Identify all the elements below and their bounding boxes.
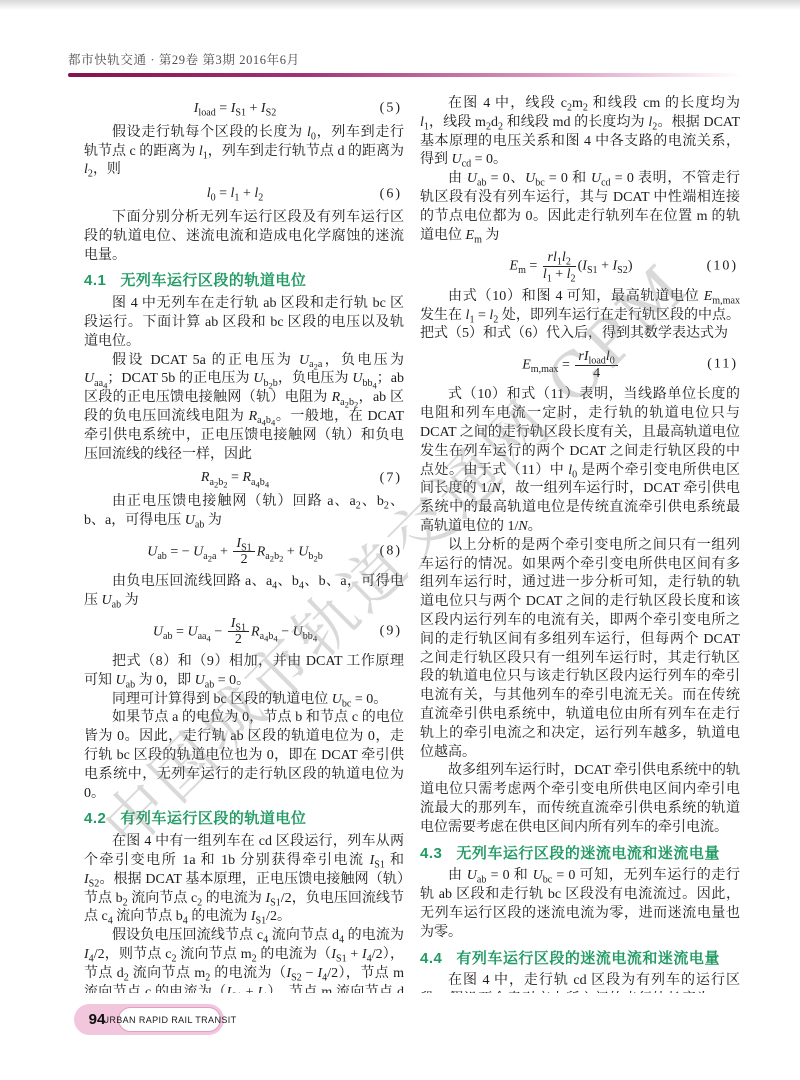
formula-number: (10) (707, 257, 738, 276)
footer-badge: 94 URBAN RAPID RAIL TRANSIT (74, 1004, 224, 1035)
section-heading-4-1: 4.1无列车运行区段的轨道电位 (84, 272, 404, 291)
formula-9: Uab = Uaa4 − IS12Ra4b4 − Ubb4(9) (84, 614, 404, 650)
paragraph: 由 Uab = 0、Ubc = 0 和 Ucd = 0 表明，不管走行轨区段有没… (420, 170, 740, 245)
paragraph: 假设 DCAT 5a 的正电压为 Ua2a，负电压为 Uaa4；DCAT 5b … (84, 352, 404, 465)
running-head: 都市快轨交通 · 第29卷 第3期 2016年6月 (68, 50, 300, 68)
formula-number: (6) (380, 185, 402, 204)
formula-number: (11) (707, 356, 738, 375)
formula-11: Em,max = rIloadl04(11) (420, 347, 740, 383)
journal-page: 都市快轨交通 · 第29卷 第3期 2016年6月 Iload = IS1 + … (0, 0, 800, 1080)
section-heading-4-4: 4.4有列车运行区段的迷流电流和迷流电量 (420, 950, 740, 969)
paragraph: 在图 4 中，走行轨 cd 区段为有列车的运行区段。假设两个牵引变电所之间的走行… (420, 972, 740, 993)
section-title: 无列车运行区段的迷流电流和迷流电量 (456, 845, 720, 864)
right-column: 在图 4 中，线段 c2m2 和线段 cm 的长度均为 l1，线段 m2d2 和… (420, 95, 740, 993)
paragraph: 在图 4 中有一组列车在 cd 区段运行，列车从两个牵引变电所 1a 和 1b … (84, 833, 404, 927)
two-column-body: Iload = IS1 + IS2(5) 假设走行轨每个区段的长度为 l0，列车… (84, 95, 740, 993)
paragraph: 把式（8）和（9）相加，并由 DCAT 工作原理可知 Uab 为 0，即 Uab… (84, 653, 404, 691)
formula-10: Em = rl1l2l1 + l2(IS1 + IS2)(10) (420, 248, 740, 284)
left-column: Iload = IS1 + IS2(5) 假设走行轨每个区段的长度为 l0，列车… (84, 95, 404, 993)
formula-body: l0 = l1 + l2 (207, 183, 282, 206)
formula-5: Iload = IS1 + IS2(5) (84, 98, 404, 121)
formula-body: Iload = IS1 + IS2 (194, 98, 295, 121)
section-title: 有列车运行区段的迷流电流和迷流电量 (456, 950, 720, 969)
section-number: 4.4 (420, 950, 442, 969)
formula-body: Em = rl1l2l1 + l2(IS1 + IS2) (510, 248, 651, 284)
formula-body: Em,max = rIloadl04 (522, 347, 638, 383)
formula-7: Ra2b2 = Ra4b4(7) (84, 467, 404, 490)
paragraph: 由式（10）和图 4 可知，最高轨道电位 Em,max 发生在 l1 = l2 … (420, 288, 740, 344)
section-title: 无列车运行区段的轨道电位 (120, 272, 306, 291)
formula-6: l0 = l1 + l2(6) (84, 183, 404, 206)
paragraph: 故多组列车运行时，DCAT 牵引供电系统中的轨道电位只需考虑两个牵引变电所供电区… (420, 762, 740, 837)
section-heading-4-2: 4.2有列车运行区段的轨道电位 (84, 810, 404, 829)
paragraph: 假设走行轨每个区段的长度为 l0，列车到走行轨节点 c 的距离为 l1，列车到走… (84, 124, 404, 180)
paragraph: 图 4 中无列车在走行轨 ab 区段和走行轨 bc 区段运行。下面计算 ab 区… (84, 295, 404, 351)
paragraph: 由 Uab = 0 和 Ubc = 0 可知，无列车运行的走行轨 ab 区段和走… (420, 867, 740, 942)
formula-8: Uab = − Ua2a + IS12Ra2b2 + Ub2b(8) (84, 534, 404, 570)
paragraph: 由负电压回流线回路 a、a4、b4、b、a，可得电压 Uab 为 (84, 573, 404, 611)
section-number: 4.2 (84, 810, 106, 829)
paragraph: 假设负电压回流线节点 c4 流向节点 d4 的电流为 I4/2，则节点 c2 流… (84, 927, 404, 993)
paragraph: 下面分别分析无列车运行区段及有列车运行区段的轨道电位、迷流电流和造成电化学腐蚀的… (84, 209, 404, 265)
paragraph: 同理可计算得到 bc 区段的轨道电位 Ubc = 0。 (84, 691, 404, 710)
formula-number: (8) (380, 543, 402, 562)
paragraph: 式（10）和式（11）表明，当线路单位长度的电阻和列车电流一定时，走行轨的轨道电… (420, 386, 740, 536)
journal-name-en: URBAN RAPID RAIL TRANSIT (118, 1007, 221, 1032)
section-number: 4.3 (420, 845, 442, 864)
formula-body: Uab = Uaa4 − IS12Ra4b4 − Ubb4 (153, 614, 335, 650)
paragraph: 如果节点 a 的电位为 0，节点 b 和节点 c 的电位皆为 0。因此，走行轨 … (84, 709, 404, 803)
formula-number: (7) (380, 469, 402, 488)
section-number: 4.1 (84, 272, 106, 291)
formula-body: Ra2b2 = Ra4b4 (201, 467, 287, 490)
section-heading-4-3: 4.3无列车运行区段的迷流电流和迷流电量 (420, 845, 740, 864)
header-rule (68, 73, 742, 77)
formula-number: (9) (380, 622, 402, 641)
paragraph: 由正电压馈电接触网（轨）回路 a、a2、b2、b、a，可得电压 Uab 为 (84, 493, 404, 531)
formula-number: (5) (380, 100, 402, 119)
paragraph: 以上分析的是两个牵引变电所之间只有一组列车运行的情况。如果两个牵引变电所供电区间… (420, 537, 740, 763)
section-title: 有列车运行区段的轨道电位 (120, 810, 306, 829)
formula-body: Uab = − Ua2a + IS12Ra2b2 + Ub2b (147, 534, 341, 570)
scan-edge (0, 0, 800, 10)
paragraph: 在图 4 中，线段 c2m2 和线段 cm 的长度均为 l1，线段 m2d2 和… (420, 95, 740, 170)
